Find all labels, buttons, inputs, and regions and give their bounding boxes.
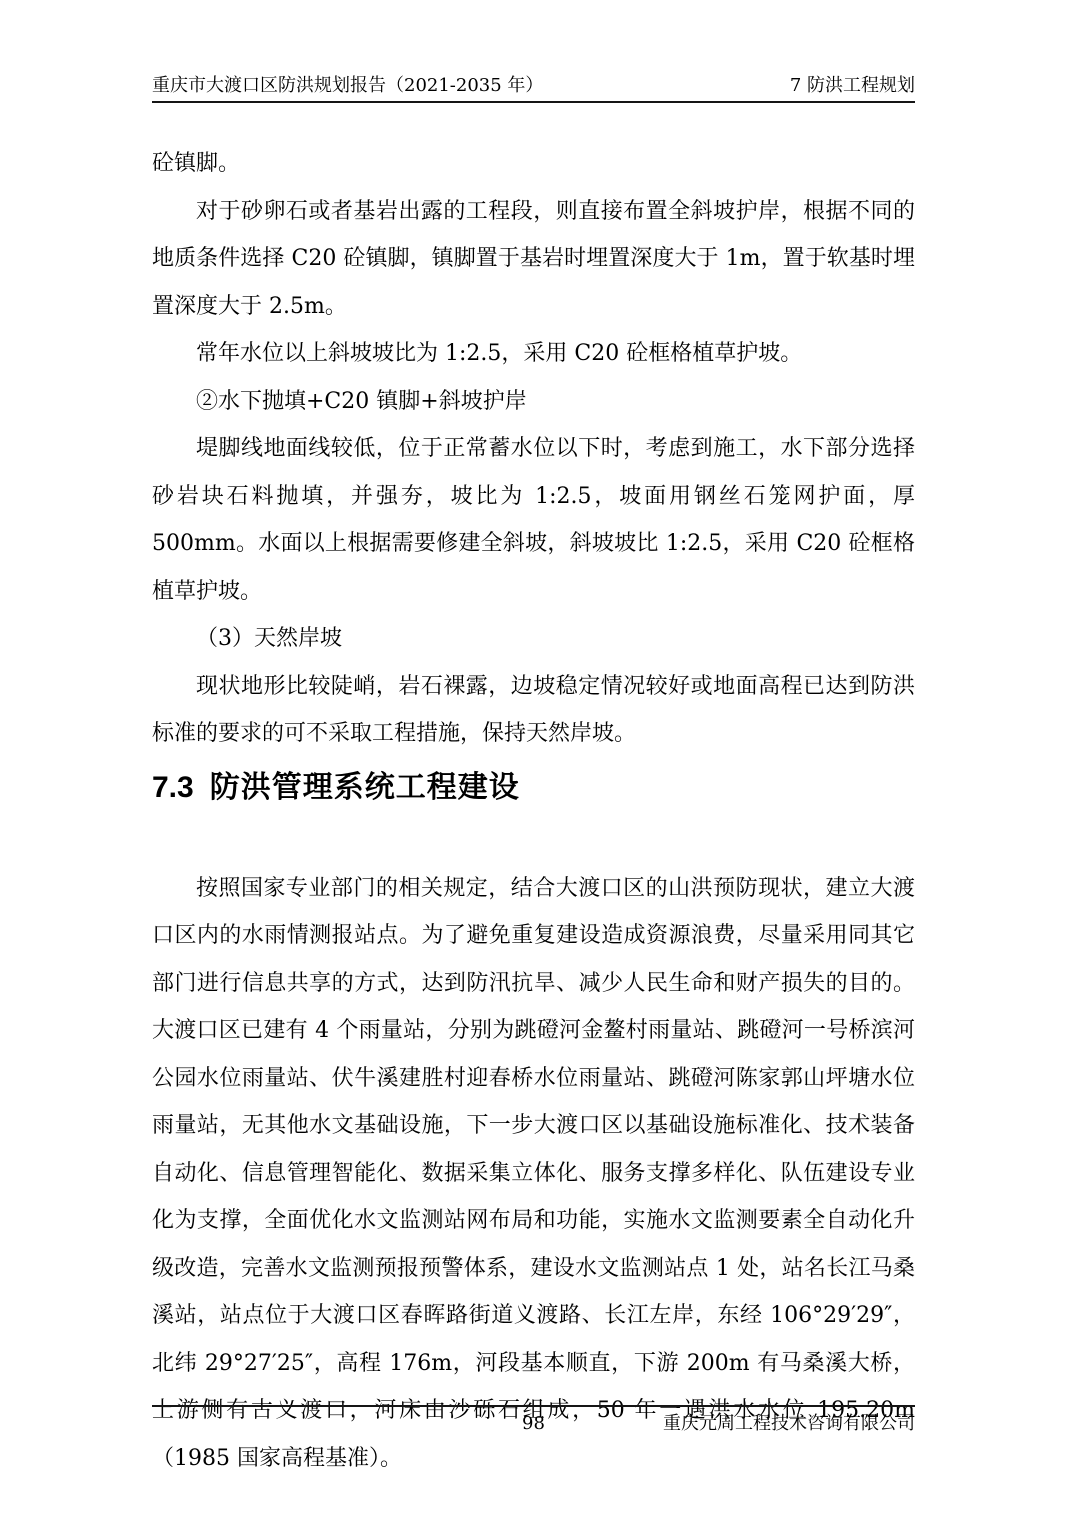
paragraph: 砼镇脚。 [152, 140, 915, 188]
paragraph: 按照国家专业部门的相关规定，结合大渡口区的山洪预防现状，建立大渡口区内的水雨情测… [152, 865, 915, 1483]
paragraph: 堤脚线地面线较低，位于正常蓄水位以下时，考虑到施工，水下部分选择砂岩块石料抛填，… [152, 425, 915, 615]
paragraph: 常年水位以上斜坡坡比为 1:2.5，采用 C20 砼框格植草护坡。 [152, 330, 915, 378]
footer-company-name: 重庆元周工程技术咨询有限公司 [663, 1412, 915, 1436]
section-title: 防洪管理系统工程建设 [210, 771, 520, 804]
page-footer: 98 重庆元周工程技术咨询有限公司 [152, 1405, 915, 1436]
paragraph-subheading: （3）天然岸坡 [152, 615, 915, 663]
section-number: 7.3 [152, 771, 194, 804]
paragraph-list-item: ②水下抛填+C20 镇脚+斜坡护岸 [152, 378, 915, 426]
section-heading: 7.3防洪管理系统工程建设 [152, 768, 915, 808]
header-chapter-title: 7 防洪工程规划 [790, 75, 915, 97]
paragraph: 现状地形比较陡峭，岩石裸露，边坡稳定情况较好或地面高程已达到防洪标准的要求的可不… [152, 663, 915, 758]
paragraph: 对于砂卵石或者基岩出露的工程段，则直接布置全斜坡护岸，根据不同的地质条件选择 C… [152, 188, 915, 331]
page-number: 98 [522, 1412, 545, 1436]
page-header: 重庆市大渡口区防洪规划报告（2021-2035 年） 7 防洪工程规划 [152, 75, 915, 103]
document-page: 重庆市大渡口区防洪规划报告（2021-2035 年） 7 防洪工程规划 砼镇脚。… [0, 0, 1074, 1520]
header-report-title: 重庆市大渡口区防洪规划报告（2021-2035 年） [152, 75, 543, 97]
document-body: 砼镇脚。 对于砂卵石或者基岩出露的工程段，则直接布置全斜坡护岸，根据不同的地质条… [152, 140, 915, 1482]
